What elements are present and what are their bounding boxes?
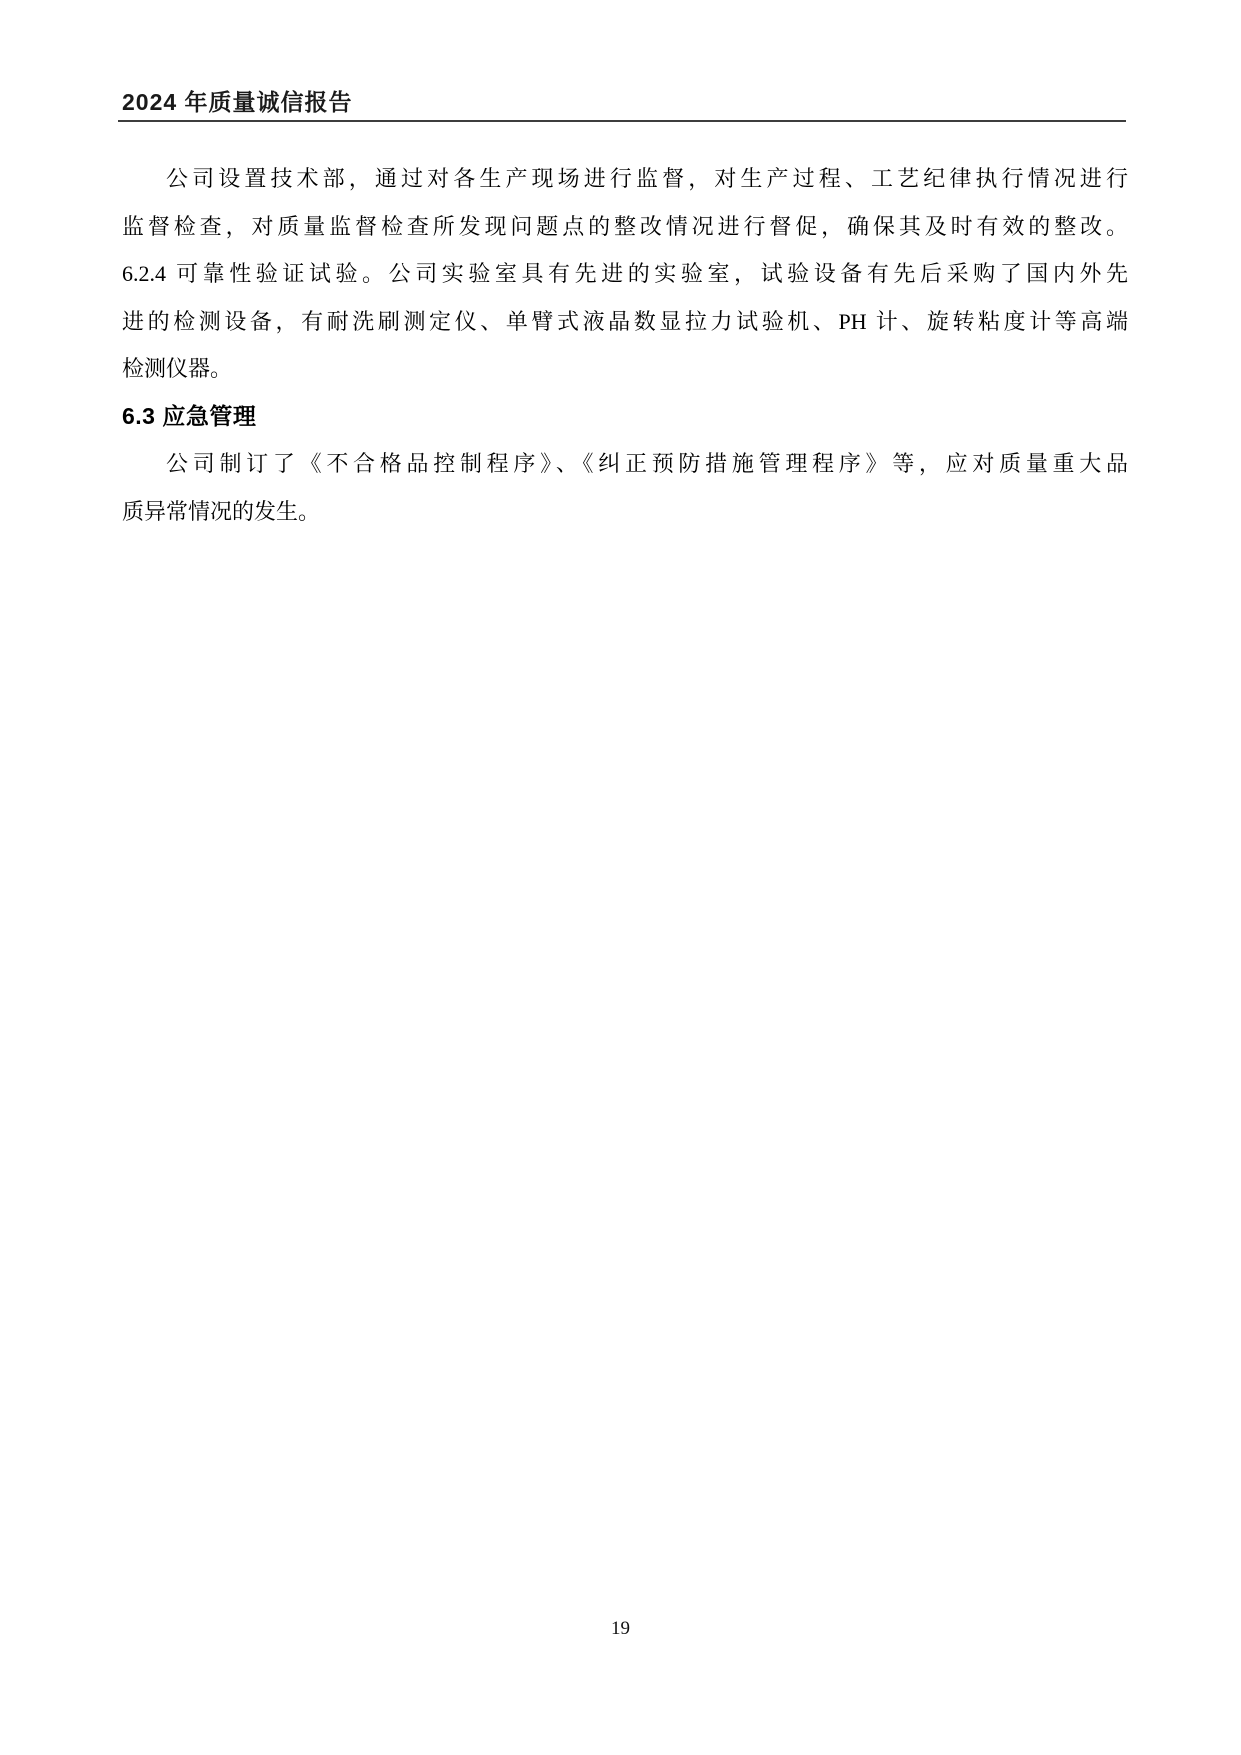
document-body: 公司设置技术部，通过对各生产现场进行监督，对生产过程、工艺纪律执行情况进行 监督…	[122, 155, 1128, 535]
body-text-line: 公司制订了《不合格品控制程序》、《纠正预防措施管理程序》等，应对质量重大品	[122, 440, 1128, 488]
header-rule	[118, 120, 1126, 122]
body-text-line: 质异常情况的发生。	[122, 488, 1128, 536]
body-text-line: 公司设置技术部，通过对各生产现场进行监督，对生产过程、工艺纪律执行情况进行	[122, 155, 1128, 203]
paragraph-supervision: 公司设置技术部，通过对各生产现场进行监督，对生产过程、工艺纪律执行情况进行 监督…	[122, 155, 1128, 250]
paragraph-reliability: 6.2.4 可靠性验证试验。公司实验室具有先进的实验室，试验设备有先后采购了国内…	[122, 250, 1128, 393]
page-number: 19	[611, 1618, 630, 1639]
report-title: 2024 年质量诚信报告	[122, 84, 353, 117]
body-text-line: 6.2.4 可靠性验证试验。公司实验室具有先进的实验室，试验设备有先后采购了国内…	[122, 250, 1128, 298]
body-text-line: 监督检查，对质量监督检查所发现问题点的整改情况进行督促，确保其及时有效的整改。	[122, 203, 1128, 251]
body-text-line: 检测仪器。	[122, 345, 1128, 393]
section-heading-6-3: 6.3 应急管理	[122, 393, 1128, 441]
page-footer: 19	[0, 1618, 1241, 1640]
document-page: 2024 年质量诚信报告 公司设置技术部，通过对各生产现场进行监督，对生产过程、…	[0, 0, 1241, 1755]
paragraph-emergency: 公司制订了《不合格品控制程序》、《纠正预防措施管理程序》等，应对质量重大品 质异…	[122, 440, 1128, 535]
body-text-line: 进的检测设备，有耐洗刷测定仪、单臂式液晶数显拉力试验机、PH 计、旋转粘度计等高…	[122, 298, 1128, 346]
